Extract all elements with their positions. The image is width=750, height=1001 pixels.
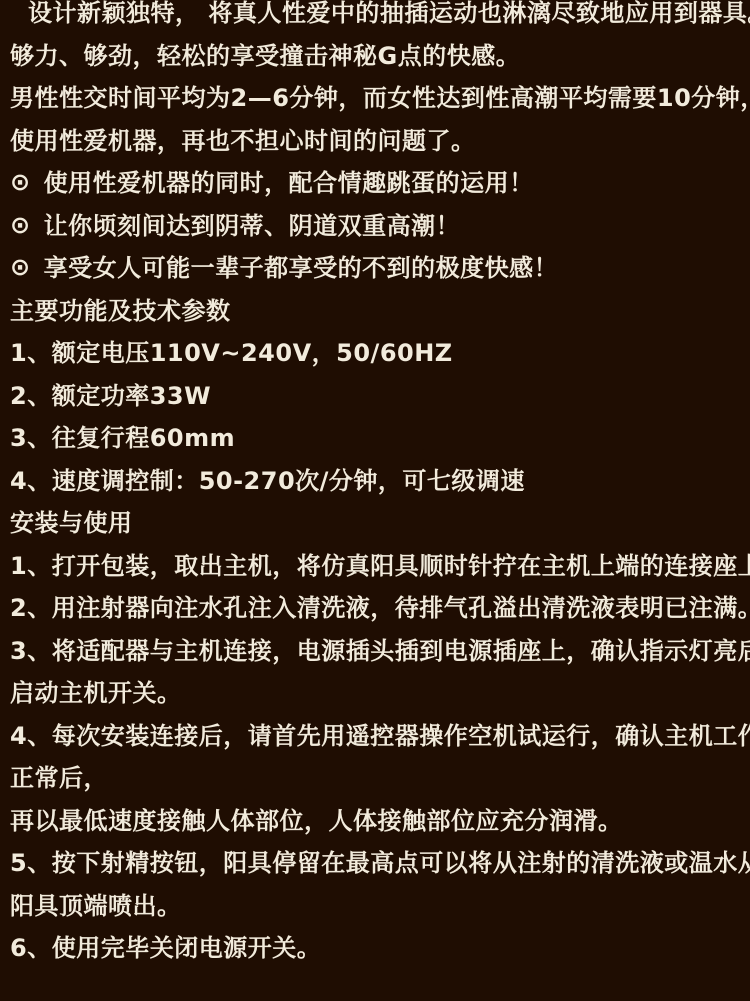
text-line: 阳具顶端喷出。: [10, 885, 744, 928]
text-line: 正常后，: [10, 757, 744, 800]
text-line: 启动主机开关。: [10, 672, 744, 715]
bullet-text: 使用性爱机器的同时，配合情趣跳蛋的运用！: [44, 169, 534, 197]
text-line: 1、打开包装，取出主机，将仿真阳具顺时针拧在主机上端的连接座上: [10, 545, 744, 588]
text-line: 设计新颖独特， 将真人性爱中的抽插运动也淋漓尽致地应用到器具。: [10, 0, 744, 35]
bullet-item: ⊙享受女人可能一辈子都享受的不到的极度快感！: [10, 247, 744, 290]
bullet-item: ⊙让你顷刻间达到阴蒂、阴道双重高潮！: [10, 205, 744, 248]
text-line: 3、往复行程60mm: [10, 417, 744, 460]
bullet-icon: ⊙: [10, 204, 31, 247]
bullet-text: 享受女人可能一辈子都享受的不到的极度快感！: [44, 254, 559, 282]
bullet-text: 让你顷刻间达到阴蒂、阴道双重高潮！: [44, 212, 461, 240]
section-heading: 主要功能及技术参数: [10, 290, 744, 333]
text-line: 1、额定电压110V~240V，50/60HZ: [10, 332, 744, 375]
text-line: 再以最低速度接触人体部位，人体接触部位应充分润滑。: [10, 800, 744, 843]
text-line: 4、速度调控制：50-270次/分钟，可七级调速: [10, 460, 744, 503]
product-description-page: 设计新颖独特， 将真人性爱中的抽插运动也淋漓尽致地应用到器具。够力、够劲，轻松的…: [0, 0, 750, 993]
text-line: 使用性爱机器，再也不担心时间的问题了。: [10, 120, 744, 163]
text-line: 男性性交时间平均为2—6分钟，而女性达到性高潮平均需要10分钟，: [10, 77, 744, 120]
text-line: 够力、够劲，轻松的享受撞击神秘G点的快感。: [10, 35, 744, 78]
text-line: 2、用注射器向注水孔注入清洗液，待排气孔溢出清洗液表明已注满。: [10, 587, 744, 630]
text-line: 2、额定功率33W: [10, 375, 744, 418]
description-body: 设计新颖独特， 将真人性爱中的抽插运动也淋漓尽致地应用到器具。够力、够劲，轻松的…: [10, 0, 744, 970]
text-line: 4、每次安装连接后，请首先用遥控器操作空机试运行，确认主机工作: [10, 715, 744, 758]
text-line: 3、将适配器与主机连接，电源插头插到电源插座上，确认指示灯亮后: [10, 630, 744, 673]
bullet-icon: ⊙: [10, 161, 31, 204]
text-line: 6、使用完毕关闭电源开关。: [10, 927, 744, 970]
bullet-item: ⊙使用性爱机器的同时，配合情趣跳蛋的运用！: [10, 162, 744, 205]
bullet-icon: ⊙: [10, 246, 31, 289]
section-heading: 安装与使用: [10, 502, 744, 545]
text-line: 5、按下射精按钮，阳具停留在最高点可以将从注射的清洗液或温水从: [10, 842, 744, 885]
